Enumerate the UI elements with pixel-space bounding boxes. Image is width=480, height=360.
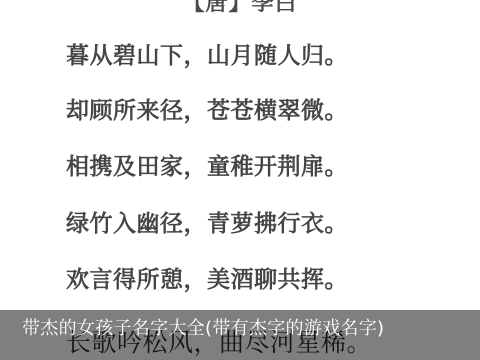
poem-line: 绿竹入幽径，青萝拂行衣。 <box>66 213 348 236</box>
poem-author-line: 【唐】李白 <box>0 0 480 17</box>
article-image: 【唐】李白 暮从碧山下，山月随人归。 却顾所来径，苍苍横翠微。 相携及田家，童稚… <box>0 0 480 360</box>
poem-line: 欢言得所憩，美酒聊共挥。 <box>66 269 348 292</box>
poem-line: 却顾所来径，苍苍横翠微。 <box>66 100 348 123</box>
poem-line: 相携及田家，童稚开荆扉。 <box>66 156 348 179</box>
poem-line: 暮从碧山下，山月随人归。 <box>66 45 348 68</box>
caption-title[interactable]: 带杰的女孩子名字大全(带有杰字的游戏名字) <box>22 320 384 338</box>
